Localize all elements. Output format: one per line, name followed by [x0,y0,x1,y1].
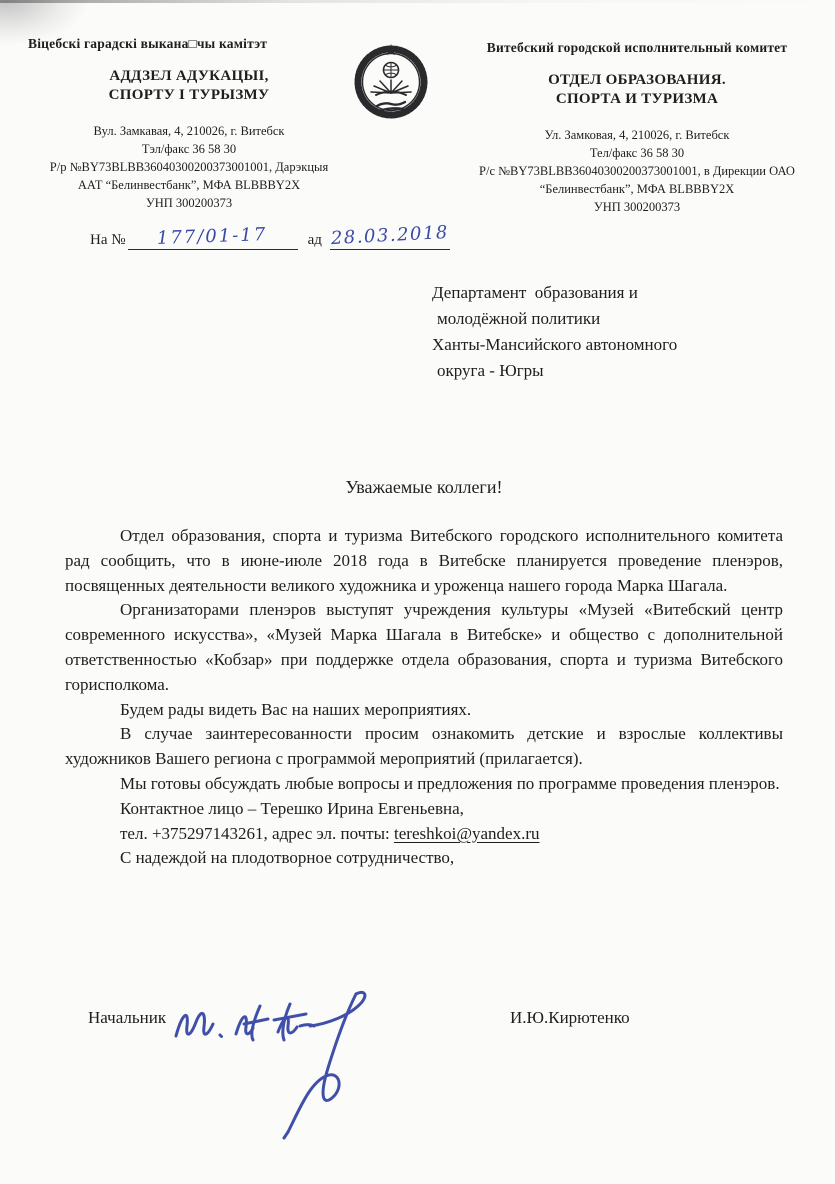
body-paragraph: Организаторами пленэров выступят учрежде… [65,598,783,697]
contact-phone-prefix: тел. +375297143261, адрес эл. почты: [120,824,394,843]
scanned-letter-page: Віцебскі гарадскі выкана□чы камітэт АДДЗ… [0,0,835,1184]
letterhead-right-russian: Витебский городской исполнительный комит… [442,40,832,216]
signer-job-title: Начальник [88,1008,166,1028]
address-line: ААТ “Белинвестбанк”, МФА BLBBBY2X [28,176,350,194]
reference-number-field: 177/01-17 [128,228,298,250]
address-line: УНП 300200373 [442,198,832,216]
body-paragraph: Отдел образования, спорта и туризма Вите… [65,524,783,598]
address-line: Тел/факс 36 58 30 [442,144,832,162]
contact-phone-email-line: тел. +375297143261, адрес эл. почты: ter… [65,822,783,847]
reference-date-field: 28.03.2018 [330,228,450,250]
recipient-line: Департамент образования и [432,280,782,306]
address-block-ru: Ул. Замковая, 4, 210026, г. Витебск Тел/… [442,126,832,216]
recipient-address-block: Департамент образования и молодёжной пол… [432,280,782,384]
recipient-line: Ханты-Мансийского автономного [432,332,782,358]
scan-edge-artifact [0,0,835,3]
contact-email: tereshkoi@yandex.ru [394,824,539,843]
address-line: УНП 300200373 [28,194,350,212]
department-name-by: АДДЗЕЛ АДУКАЦЫІ, СПОРТУ І ТУРЫЗМУ [28,67,350,105]
address-block-by: Вул. Замкавая, 4, 210026, г. Витебск Тэл… [28,122,350,212]
body-paragraph: Будем рады видеть Вас на наших мероприят… [65,698,783,723]
letterhead-left-belarusian: Віцебскі гарадскі выкана□чы камітэт АДДЗ… [28,36,350,212]
belarus-coat-of-arms-icon [350,40,432,120]
handwritten-date: 28.03.2018 [330,222,449,249]
contact-person-line: Контактное лицо – Терешко Ирина Евгеньев… [65,797,783,822]
body-paragraph: В случае заинтересованности просим ознак… [65,722,783,772]
address-line: “Белинвестбанк”, МФА BLBBBY2X [442,180,832,198]
recipient-line: молодёжной политики [432,306,782,332]
committee-name-by: Віцебскі гарадскі выкана□чы камітэт [28,36,350,52]
salutation: Уважаемые коллеги! [65,477,783,498]
address-line: Вул. Замкавая, 4, 210026, г. Витебск [28,122,350,140]
address-line: Тэл/факс 36 58 30 [28,140,350,158]
department-name-ru: ОТДЕЛ ОБРАЗОВАНИЯ. СПОРТА И ТУРИЗМА [442,71,832,109]
handwritten-signature [160,980,410,1145]
handwritten-reference-number: 177/01-17 [157,224,268,249]
recipient-line: округа - Югры [432,358,782,384]
reference-label: На № [90,232,126,248]
committee-name-ru: Витебский городской исполнительный комит… [442,40,832,56]
address-line: Р/р №BY73BLBB36040300200373001001, Дарэк… [28,158,350,176]
closing-line: С надеждой на плодотворное сотрудничеств… [65,846,783,871]
letter-body: Отдел образования, спорта и туризма Вите… [65,524,783,871]
reference-number-line: На №177/01-17ад28.03.2018 [90,228,450,250]
date-label: ад [308,232,322,248]
signer-name: И.Ю.Кирютенко [510,1008,630,1028]
address-line: Р/с №BY73BLBB36040300200373001001, в Дир… [442,162,832,180]
body-paragraph: Мы готовы обсуждать любые вопросы и пред… [65,772,783,797]
address-line: Ул. Замковая, 4, 210026, г. Витебск [442,126,832,144]
